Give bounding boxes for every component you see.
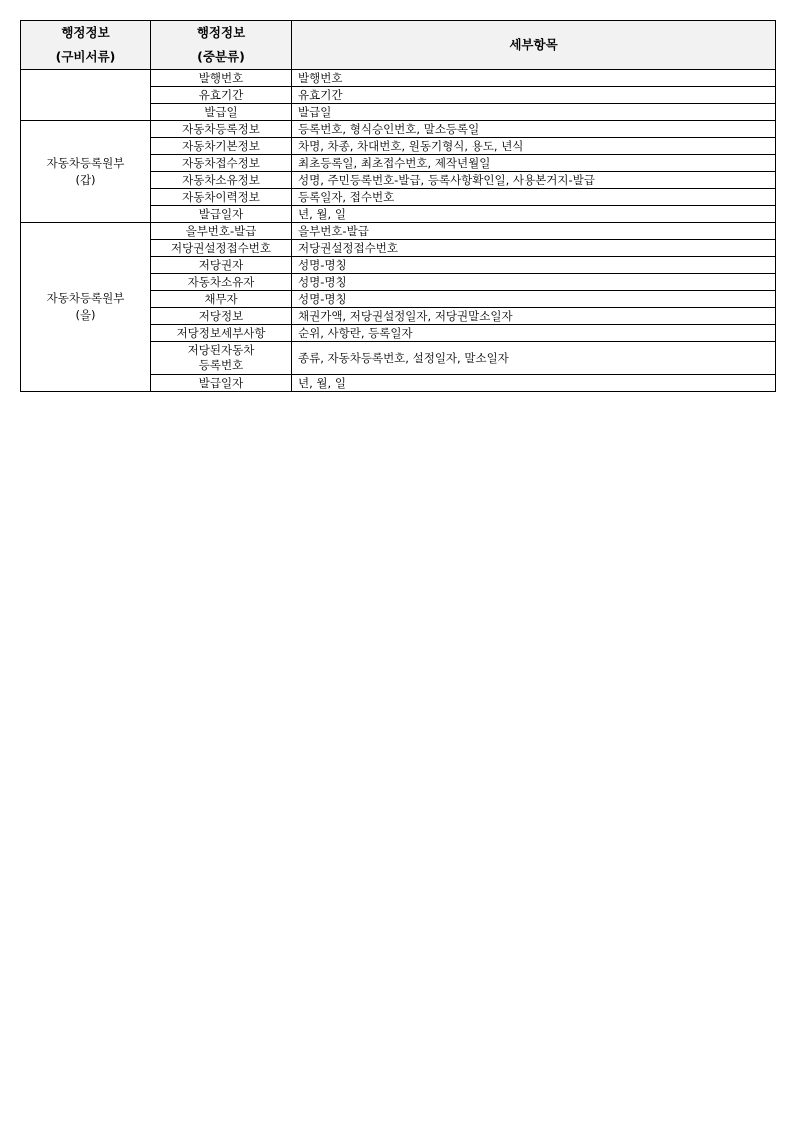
subcategory-line: 등록번호 (157, 358, 285, 373)
subcategory-cell: 채무자 (151, 291, 292, 308)
header-line: 세부항목 (509, 37, 557, 52)
subcategory-cell: 자동차기본정보 (151, 138, 292, 155)
header-line: (구비서류) (27, 45, 144, 69)
detail-cell: 성명-명칭 (292, 291, 776, 308)
header-subcategory: 행정정보 (중분류) (151, 21, 292, 70)
detail-cell: 년, 월, 일 (292, 375, 776, 392)
group-cell: 자동차등록원부 (을) (21, 223, 151, 392)
subcategory-cell: 저당권자 (151, 257, 292, 274)
subcategory-cell: 자동차소유정보 (151, 172, 292, 189)
detail-cell: 등록번호, 형식승인번호, 말소등록일 (292, 121, 776, 138)
subcategory-cell: 저당권설정접수번호 (151, 240, 292, 257)
detail-cell: 성명, 주민등록번호-발급, 등록사항확인일, 사용본거지-발급 (292, 172, 776, 189)
subcategory-cell: 유효기간 (151, 87, 292, 104)
admin-info-table: 행정정보 (구비서류) 행정정보 (중분류) 세부항목 발행번호 발행번호 유효… (20, 20, 776, 392)
detail-cell: 을부번호-발급 (292, 223, 776, 240)
table-row: 자동차등록원부 (을) 을부번호-발급 을부번호-발급 (21, 223, 776, 240)
detail-cell: 저당권설정접수번호 (292, 240, 776, 257)
detail-cell: 발행번호 (292, 70, 776, 87)
header-line: 행정정보 (27, 21, 144, 45)
detail-cell: 등록일자, 접수번호 (292, 189, 776, 206)
subcategory-cell: 발급일 (151, 104, 292, 121)
table-row: 자동차등록원부 (갑) 자동차등록정보 등록번호, 형식승인번호, 말소등록일 (21, 121, 776, 138)
subcategory-cell: 저당된자동차 등록번호 (151, 342, 292, 375)
subcategory-cell: 을부번호-발급 (151, 223, 292, 240)
detail-cell: 발급일 (292, 104, 776, 121)
subcategory-cell: 저당정보세부사항 (151, 325, 292, 342)
subcategory-cell: 발급일자 (151, 375, 292, 392)
table-row: 발행번호 발행번호 (21, 70, 776, 87)
detail-cell: 성명-명칭 (292, 257, 776, 274)
header-row: 행정정보 (구비서류) 행정정보 (중분류) 세부항목 (21, 21, 776, 70)
detail-cell: 성명-명칭 (292, 274, 776, 291)
subcategory-cell: 자동차등록정보 (151, 121, 292, 138)
detail-cell: 채권가액, 저당권설정일자, 저당권말소일자 (292, 308, 776, 325)
header-detail-items: 세부항목 (292, 21, 776, 70)
subcategory-cell: 자동차접수정보 (151, 155, 292, 172)
detail-cell: 최초등록일, 최초접수번호, 제작년월일 (292, 155, 776, 172)
subcategory-cell: 발급일자 (151, 206, 292, 223)
group-label: (갑) (27, 172, 144, 189)
subcategory-line: 저당된자동차 (157, 343, 285, 358)
detail-cell: 유효기간 (292, 87, 776, 104)
detail-cell: 순위, 사항란, 등록일자 (292, 325, 776, 342)
subcategory-cell: 자동차이력정보 (151, 189, 292, 206)
subcategory-cell: 저당정보 (151, 308, 292, 325)
subcategory-cell: 자동차소유자 (151, 274, 292, 291)
detail-cell: 년, 월, 일 (292, 206, 776, 223)
header-line: (중분류) (157, 45, 285, 69)
detail-cell: 차명, 차종, 차대번호, 원동기형식, 용도, 년식 (292, 138, 776, 155)
group-label: 자동차등록원부 (27, 155, 144, 172)
subcategory-cell: 발행번호 (151, 70, 292, 87)
group-label: 자동차등록원부 (27, 290, 144, 307)
detail-cell: 종류, 자동차등록번호, 설정일자, 말소일자 (292, 342, 776, 375)
group-label: (을) (27, 307, 144, 324)
group-cell (21, 70, 151, 121)
group-cell: 자동차등록원부 (갑) (21, 121, 151, 223)
header-document-type: 행정정보 (구비서류) (21, 21, 151, 70)
header-line: 행정정보 (157, 21, 285, 45)
